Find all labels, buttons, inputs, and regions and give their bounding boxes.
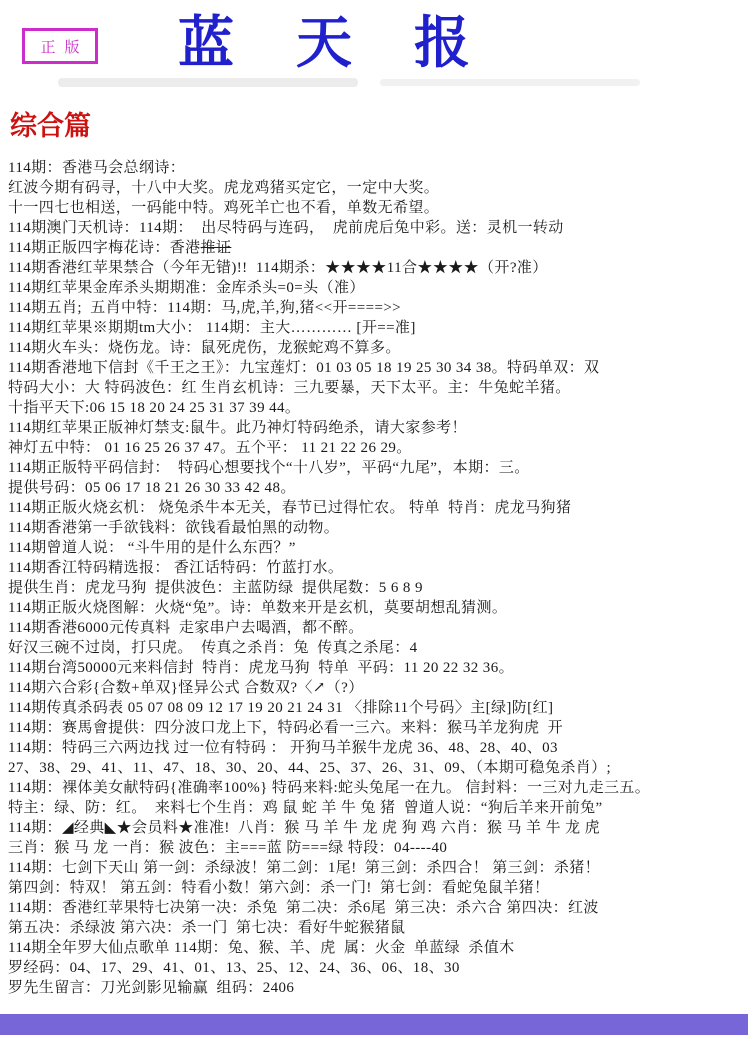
text-line: 114期：特码三六两边找 过一位有特码 ： 开狗马羊猴牛龙虎 36、48、28、… [8, 738, 748, 758]
text-line: 114期台湾50000元来料信封 特肖：虎龙马狗 特单 平码：11 20 22 … [8, 658, 748, 678]
text-line: 114期：香港红苹果特七决第一决：杀兔 第二决：杀6尾 第三决：杀六合 第四决：… [8, 898, 748, 918]
text-line: 114期：赛馬會提供：四分波口龙上下，特码必看一三六。来料：猴马羊龙狗虎 开 [8, 718, 748, 738]
section-title: 综合篇 [10, 104, 91, 143]
page-title: 蓝天报 [178, 14, 532, 76]
text-line: 114期：◢经典◣★会员料★准准! 八肖：猴 马 羊 牛 龙 虎 狗 鸡 六肖：… [8, 818, 748, 838]
text-line: 114期红苹果※期期tm大小： 114期：主大………… [开==准] [8, 318, 748, 338]
text-line: 好汉三碗不过岗，打只虎。 传真之杀肖：兔 传真之杀尾：4 [8, 638, 748, 658]
struck-text: 推证 [201, 240, 232, 256]
text-line: 114期红苹果正版神灯禁支:鼠牛。此乃神灯特码绝杀，请大家参考！ [8, 418, 748, 438]
text-line: 114期火车头：烧伤龙。诗：鼠死虎伤，龙猴蛇鸡不算多。 [8, 338, 748, 358]
body-lines: 114期：香港马会总纲诗：红波今期有码寻，十八中大奖。虎龙鸡猪买定它，一定中大奖… [8, 158, 748, 998]
text-line: 114期香港6000元传真料 走家串户去喝酒，都不醉。 [8, 618, 748, 638]
text-line: 114期香港地下信封《千王之王》：九宝莲灯：01 03 05 18 19 25 … [8, 358, 748, 378]
text-line: 27、38、29、41、11、47、18、30、20、44、25、37、26、3… [8, 758, 748, 778]
text-line: 特主：绿、防：红。 来料七个生肖：鸡 鼠 蛇 羊 牛 兔 猪 曾道人说：“狗后羊… [8, 798, 748, 818]
text-line: 114期正版特平码信封： 特码心想要找个“十八岁”，平码“九尾”，本期：三。 [8, 458, 748, 478]
text-line: 114期六合彩{合数+单双}怪异公式 合数双?〈↗（?） [8, 678, 748, 698]
text-line: 114期：裸体美女献特码{准确率100%} 特码来料:蛇头兔尾一在九。 信封料：… [8, 778, 748, 798]
text-segment: 114期正版四字梅花诗：香港 [8, 240, 201, 256]
scan-smudge [380, 79, 640, 86]
text-line: 十指平天下:06 15 18 20 24 25 31 37 39 44。 [8, 398, 748, 418]
newspaper-page: 正版 蓝天报 综合篇 114期：香港马会总纲诗：红波今期有码寻，十八中大奖。虎龙… [0, 0, 748, 1037]
text-line: 罗先生留言：刀光剑影见输赢 组码：2406 [8, 978, 748, 998]
authentic-badge-label: 正版 [31, 36, 88, 57]
text-line: 114期香港第一手欲钱料：欲钱看最怕黑的动物。 [8, 518, 748, 538]
text-line: 114期五肖; 五肖中特：114期：马,虎,羊,狗,猪<<开====>> [8, 298, 748, 318]
text-line: 114期正版火烧图解：火烧“兔”。诗：单数来开是玄机，莫要胡想乱猜测。 [8, 598, 748, 618]
text-line: 114期：七剑下天山 第一剑：杀绿波！第二剑：1尾! 第三剑：杀四合！ 第三剑：… [8, 858, 748, 878]
text-line: 提供号码：05 06 17 18 21 26 30 33 42 48。 [8, 478, 748, 498]
text-line: 十一四七也相送，一码能中特。鸡死羊亡也不看，单数无希望。 [8, 198, 748, 218]
text-line: 114期传真杀码表 05 07 08 09 12 17 19 20 21 24 … [8, 698, 748, 718]
authentic-badge: 正版 [22, 28, 98, 64]
text-line: 三肖：猴 马 龙 一肖：猴 波色：主===蓝 防===绿 特段：04----40 [8, 838, 748, 858]
footer-bar [0, 1014, 748, 1035]
text-line: 114期全年罗大仙点歌单 114期：兔、猴、羊、虎 属：火金 单蓝绿 杀值木 [8, 938, 748, 958]
text-line: 114期澳门天机诗：114期： 出尽特码与连码， 虎前虎后兔中彩。送：灵机一转动 [8, 218, 748, 238]
text-line: 114期红苹果金库杀头期期准：金库杀头=0=头（准） [8, 278, 748, 298]
text-line: 红波今期有码寻，十八中大奖。虎龙鸡猪买定它，一定中大奖。 [8, 178, 748, 198]
text-line: 提供生肖：虎龙马狗 提供波色：主蓝防绿 提供尾数：5 6 8 9 [8, 578, 748, 598]
text-line: 114期正版火烧玄机： 烧兔杀牛本无关，春节已过得忙农。 特单 特肖：虎龙马狗猪 [8, 498, 748, 518]
text-line: 114期曾道人说： “斗牛用的是什么东西？” [8, 538, 748, 558]
text-line: 神灯五中特： 01 16 25 26 37 47。五个平： 11 21 22 2… [8, 438, 748, 458]
text-line: 第五决：杀绿波 第六决：杀一门 第七决：看好牛蛇猴猪鼠 [8, 918, 748, 938]
scan-smudge [58, 78, 358, 87]
text-line: 114期正版四字梅花诗：香港推证 [8, 238, 748, 258]
text-line: 罗经码：04、17、29、41、01、13、25、12、24、36、06、18、… [8, 958, 748, 978]
text-line: 114期：香港马会总纲诗： [8, 158, 748, 178]
text-line: 特码大小：大 特码波色：红 生肖玄机诗：三九要暴，天下太平。主：牛兔蛇羊猪。 [8, 378, 748, 398]
text-line: 114期香港红苹果禁合（今年无错)!! 114期杀：★★★★11合★★★★（开?… [8, 258, 748, 278]
text-line: 114期香江特码精选报： 香江话特码：竹蓝打水。 [8, 558, 748, 578]
text-line: 第四剑：特双！ 第五剑：特看小数！第六剑：杀一门! 第七剑：看蛇兔鼠羊猪！ [8, 878, 748, 898]
